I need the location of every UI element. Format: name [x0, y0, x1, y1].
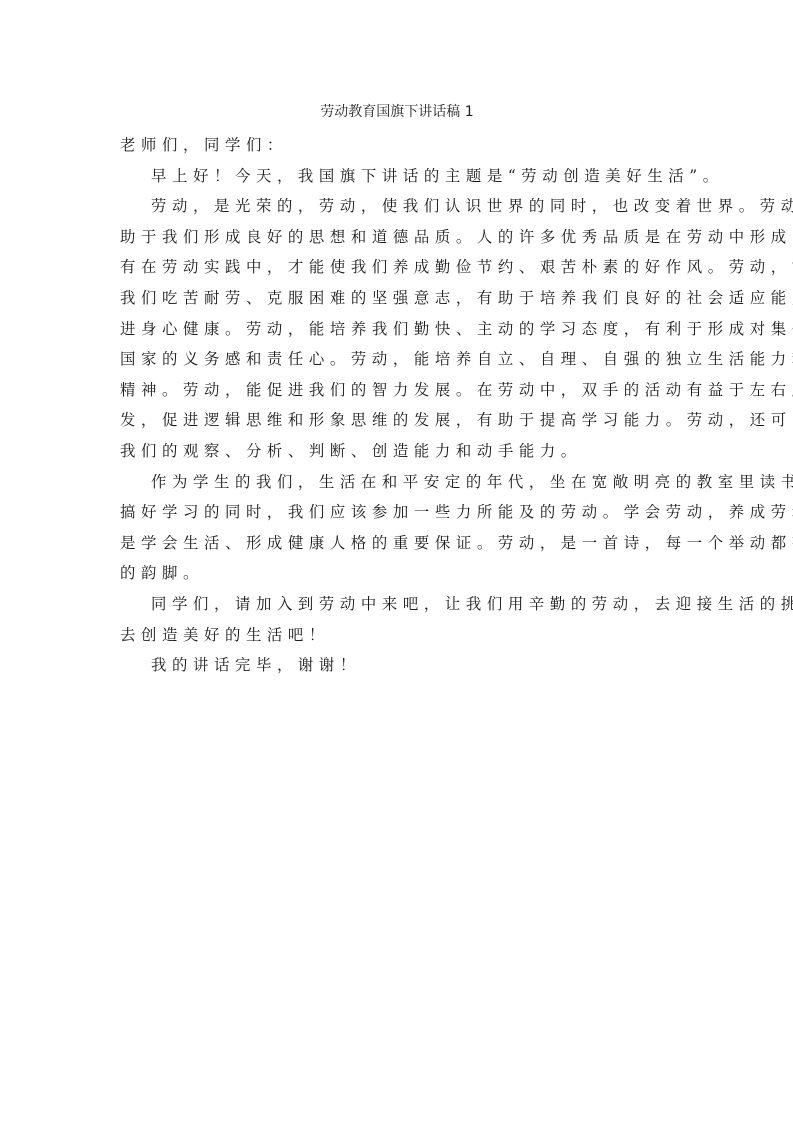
paragraph-line: 同学们，请加入到劳动中来吧，让我们用辛勤的劳动，去迎接生活的挑战、: [120, 589, 674, 620]
paragraph-line: 去创造美好的生活吧！: [120, 620, 674, 651]
paragraph-students: 作为学生的我们，生活在和平安定的年代，坐在宽敞明亮的教室里读书，在 搞好学习的同…: [120, 467, 674, 589]
paragraph-line: 我的讲话完毕，谢谢！: [120, 650, 674, 681]
paragraph-line: 是学会生活、形成健康人格的重要保证。劳动，是一首诗，每一个举动都有美丽: [120, 528, 674, 559]
paragraph-line: 国家的义务感和责任心。劳动，能培养自立、自理、自强的独立生活能力和进取: [120, 344, 674, 375]
paragraph-line: 作为学生的我们，生活在和平安定的年代，坐在宽敞明亮的教室里读书，在: [120, 467, 674, 498]
paragraph-line: 搞好学习的同时，我们应该参加一些力所能及的劳动。学会劳动，养成劳动习惯: [120, 497, 674, 528]
paragraph-line: 进身心健康。劳动，能培养我们勤快、主动的学习态度，有利于形成对集体、对: [120, 314, 674, 345]
paragraph-line: 精神。劳动，能促进我们的智力发展。在劳动中，双手的活动有益于左右脑的开: [120, 375, 674, 406]
paragraph-line: 劳动，是光荣的，劳动，使我们认识世界的同时，也改变着世界。劳动，有: [120, 191, 674, 222]
paragraph-line: 助于我们形成良好的思想和道德品质。人的许多优秀品质是在劳动中形成的。只: [120, 222, 674, 253]
paragraph-greeting: 早上好！今天，我国旗下讲话的主题是“劳动创造美好生活”。: [120, 161, 674, 192]
salutation: 老师们，同学们：: [120, 130, 674, 161]
paragraph-labor-value: 劳动，是光荣的，劳动，使我们认识世界的同时，也改变着世界。劳动，有 助于我们形成…: [120, 191, 674, 466]
paragraph-closing: 我的讲话完毕，谢谢！: [120, 650, 674, 681]
paragraph-line: 的韵脚。: [120, 558, 674, 589]
paragraph-call-to-action: 同学们，请加入到劳动中来吧，让我们用辛勤的劳动，去迎接生活的挑战、 去创造美好的…: [120, 589, 674, 650]
paragraph-line: 发，促进逻辑思维和形象思维的发展，有助于提高学习能力。劳动，还可以培养: [120, 405, 674, 436]
paragraph-line: 有在劳动实践中，才能使我们养成勤俭节约、艰苦朴素的好作风。劳动，能锻炼: [120, 252, 674, 283]
document-page: 劳动教育国旗下讲话稿 1 老师们，同学们： 早上好！今天，我国旗下讲话的主题是“…: [120, 100, 674, 681]
paragraph-line: 我们的观察、分析、判断、创造能力和动手能力。: [120, 436, 674, 467]
paragraph-line: 早上好！今天，我国旗下讲话的主题是“劳动创造美好生活”。: [120, 161, 674, 192]
paragraph-line: 我们吃苦耐劳、克服困难的坚强意志，有助于培养我们良好的社会适应能力、促: [120, 283, 674, 314]
document-title: 劳动教育国旗下讲话稿 1: [120, 100, 674, 124]
